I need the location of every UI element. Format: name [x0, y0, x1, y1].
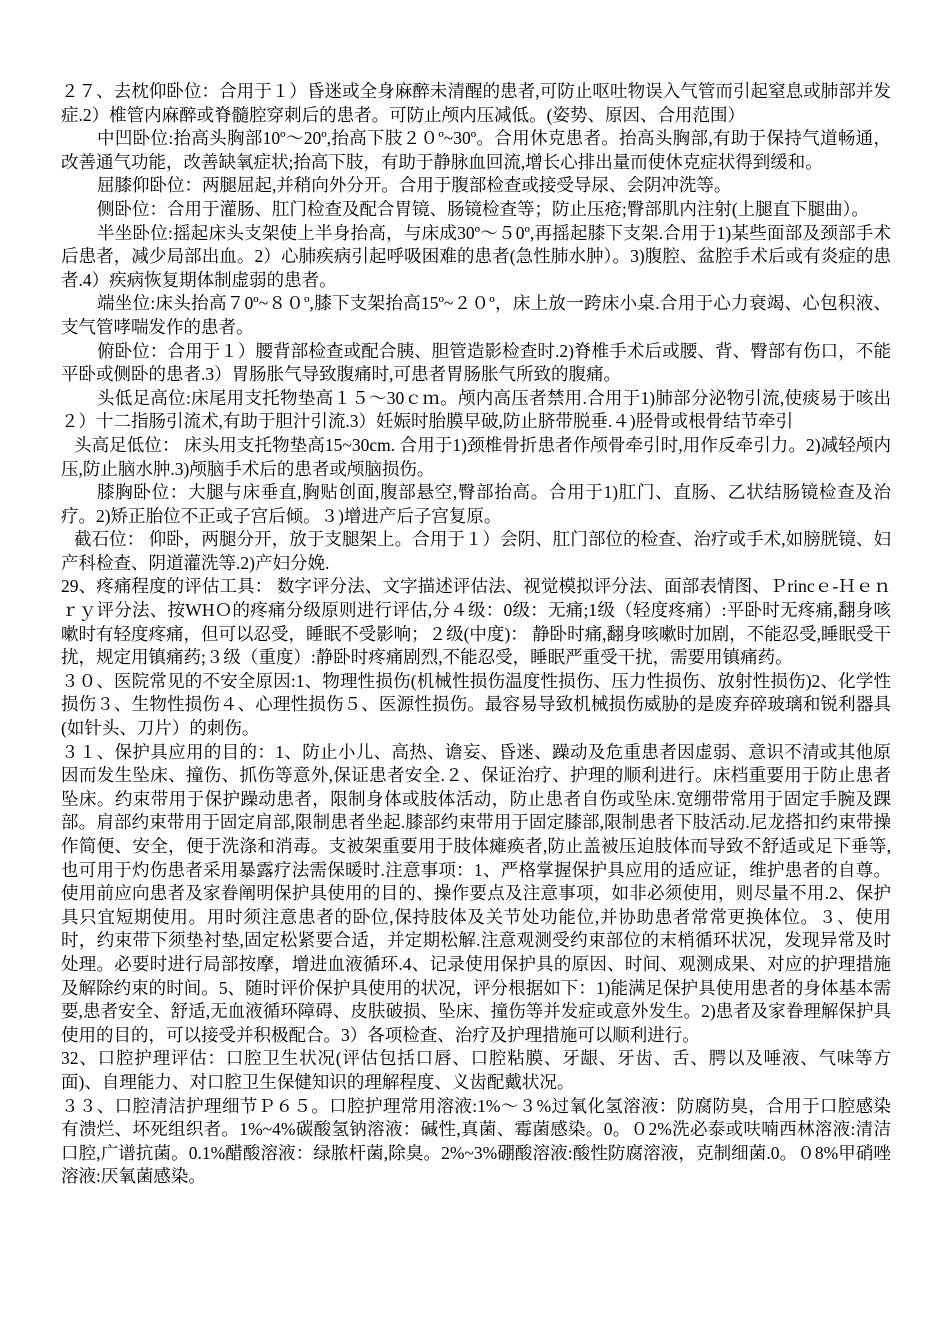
semi-sitting-position: 半坐卧位:摇起床头支架使上半身抬高，与床成30º～５0º,再摇起膝下支架.合用于… [61, 222, 891, 293]
prone-position: 俯卧位：合用于１）腰背部检查或配合胰、胆管造影检查时.2)脊椎手术后或腰、背、臀… [61, 340, 891, 387]
upright-sitting-position: 端坐位:床头抬高７0º~８０º,膝下支架抬高15º~２０º，床上放一跨床小桌.合… [61, 292, 891, 339]
item-29-pain-assessment-tools: 29、疼痛程度的评估工具： 数字评分法、文字描述评估法、视觉模拟评分法、面部表情… [61, 575, 891, 669]
item-32-oral-care-assessment: 32、口腔护理评估：口腔卫生状况(评估包括口唇、口腔粘膜、牙龈、牙齿、舌、腭以及… [61, 1047, 891, 1094]
document-page: ２７、去枕仰卧位：合用于１）昏迷或全身麻醉未清醒的患者,可防止呕吐物误入气管而引… [0, 0, 950, 1344]
lateral-position: 侧卧位：合用于灌肠、肛门检查及配合胃镜、肠镜检查等；防止压疮;臀部肌内注射(上腿… [61, 198, 891, 222]
item-30-hospital-safety-hazards: ３０、医院常见的不安全原因:1、物理性损伤(机械性损伤温度性损伤、压力性损伤、放… [61, 670, 891, 741]
head-low-feet-high-position: 头低足高位:床尾用支托物垫高１５～30ｃｍ。颅内高压者禁用.合用于1)肺部分泌物… [61, 387, 891, 434]
document-body: ２７、去枕仰卧位：合用于１）昏迷或全身麻醉未清醒的患者,可防止呕吐物误入气管而引… [61, 80, 891, 1189]
lithotomy-position: 截石位： 仰卧，两腿分开，放于支腿架上。合用于１）会阴、肛门部位的检查、治疗或手… [61, 528, 891, 575]
item-27-pillowless-supine-position: ２７、去枕仰卧位：合用于１）昏迷或全身麻醉未清醒的患者,可防止呕吐物误入气管而引… [61, 80, 891, 127]
knee-chest-position: 膝胸卧位：大腿与床垂直,胸贴创面,腹部悬空,臀部抬高。合用于1)肛门、直肠、乙状… [61, 481, 891, 528]
item-33-oral-care-solutions: ３３、口腔清洁护理细节Ｐ６５。口腔护理常用溶液:1%～３%过氧化氢溶液：防腐防臭… [61, 1095, 891, 1189]
knee-flexed-supine-position: 屈膝仰卧位：两腿屈起,并稍向外分开。合用于腹部检查或接受导尿、会阴冲洗等。 [61, 174, 891, 198]
head-high-feet-low-position: 头高足低位： 床头用支托物垫高15~30cm. 合用于1)颈椎骨折患者作颅骨牵引… [61, 434, 891, 481]
item-31-protective-devices: ３１、保护具应用的目的：1、防止小儿、高热、谵妄、昏迷、躁动及危重患者因虚弱、意… [61, 741, 891, 1048]
mid-concave-position: 中凹卧位:抬高头胸部10º～20º,抬高下肢２０º~30º。合用休克患者。抬高头… [61, 127, 891, 174]
